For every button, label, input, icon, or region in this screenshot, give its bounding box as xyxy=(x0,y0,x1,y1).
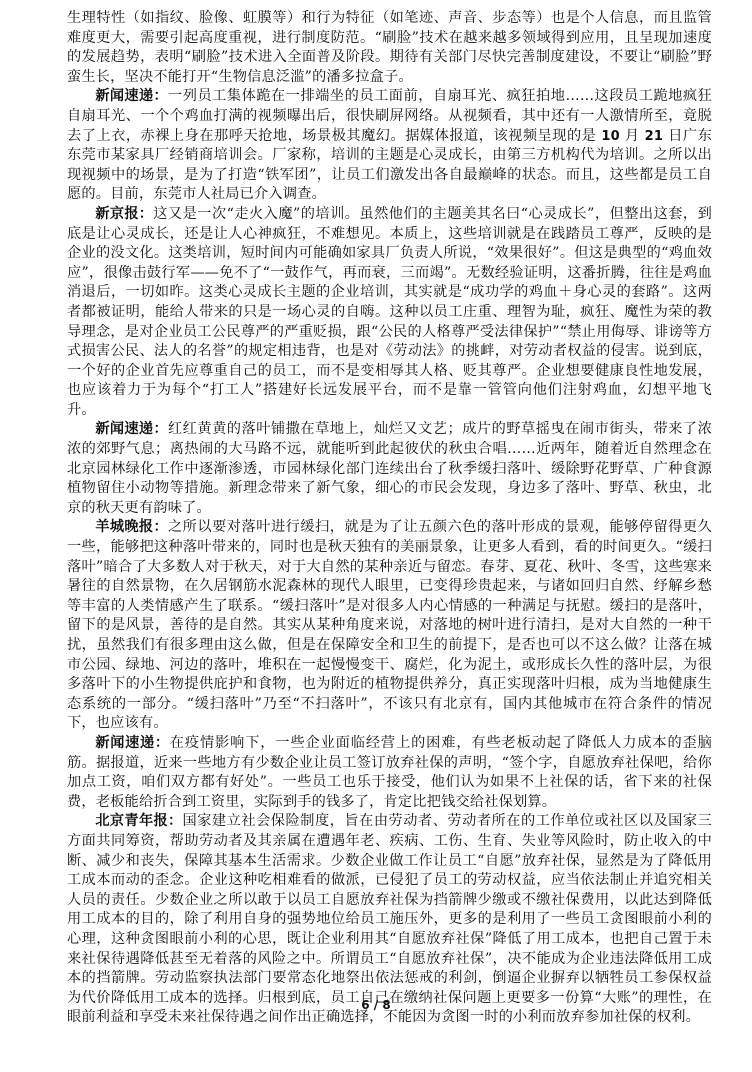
news-source-label: 羊城晚报： xyxy=(95,519,168,535)
date-separator: 月 xyxy=(620,128,645,144)
paragraph-text: 之所以要对落叶进行缓扫，就是为了让五颜六色的落叶形成的景观，能够停留得更久一些，… xyxy=(67,519,712,731)
paragraph-text: 国家建立社会保险制度，旨在由劳动者、劳动者所在的工作单位或社区以及国家三方面共同… xyxy=(67,813,712,1025)
paragraph-text: 生理特性（如指纹、脸像、虹膜等）和行为特征（如笔迹、声音、步态等）也是个人信息，… xyxy=(67,10,712,85)
news-source-label: 北京青年报： xyxy=(95,813,182,829)
news-source-label: 新闻速递： xyxy=(95,88,168,104)
news-source-label: 新闻速递： xyxy=(95,421,168,437)
paragraph-xinjingbao-commentary: 新京报：这又是一次“走火入魔”的培训。虽然他们的主题美其名曰“心灵成长”，但整出… xyxy=(67,205,712,421)
paragraph-news-social-insurance: 新闻速递：在疫情影响下，一些企业面临经营上的困难，有些老板动起了降低人力成本的歪… xyxy=(67,734,712,812)
paragraph-beijing-youth-commentary: 北京青年报：国家建立社会保险制度，旨在由劳动者、劳动者所在的工作单位或社区以及国… xyxy=(67,812,712,1028)
paragraph-news-training-video: 新闻速递：一列员工集体跪在一排端坐的员工面前，自扇耳光、疯狂拍地……这段员工跪地… xyxy=(67,87,712,205)
paragraph-face-recognition-conclusion: 生理特性（如指纹、脸像、虹膜等）和行为特征（如笔迹、声音、步态等）也是个人信息，… xyxy=(67,9,712,87)
news-source-label: 新闻速递： xyxy=(95,735,169,751)
paragraph-yangcheng-commentary: 羊城晚报：之所以要对落叶进行缓扫，就是为了让五颜六色的落叶形成的景观，能够停留得… xyxy=(67,518,712,734)
news-source-label: 新京报： xyxy=(95,206,153,222)
date-day: 21 xyxy=(645,129,664,144)
page-number: 6 / 8 xyxy=(0,998,752,1012)
paragraph-news-fallen-leaves: 新闻速递：红红黄黄的落叶铺撒在草地上，灿烂又文艺；成片的野草摇曳在闹市街头，带来… xyxy=(67,420,712,518)
paragraph-text: 这又是一次“走火入魔”的培训。虽然他们的主题美其名曰“心灵成长”，但整出这套，到… xyxy=(67,206,712,418)
document-page: 生理特性（如指纹、脸像、虹膜等）和行为特征（如笔迹、声音、步态等）也是个人信息，… xyxy=(67,9,712,1028)
date-month: 10 xyxy=(601,129,620,144)
